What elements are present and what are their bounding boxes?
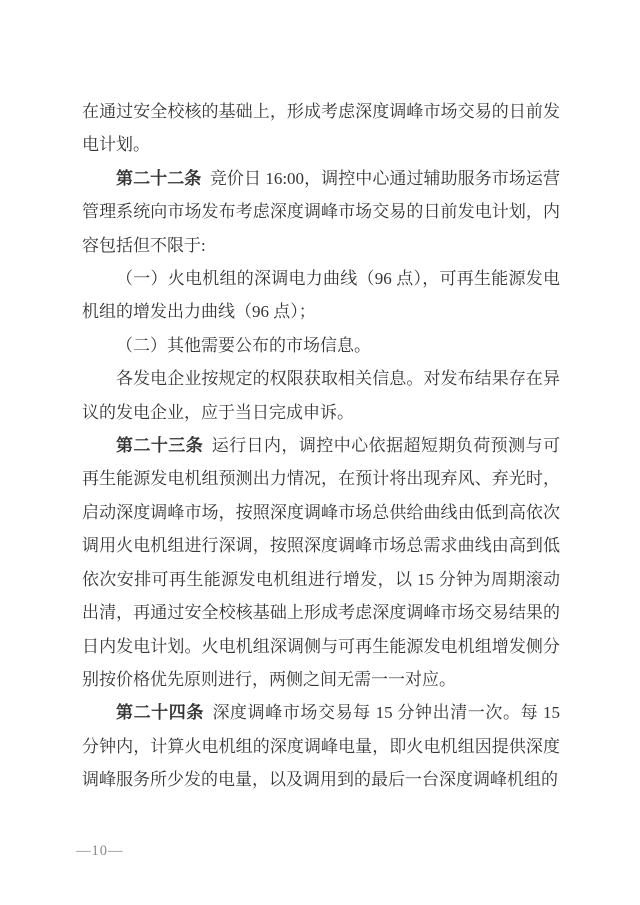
paragraph: 各发电企业按规定的权限获取相关信息。对发布结果存在异议的发电企业，应于当日完成申… [82,362,560,429]
paragraph-text: 运行日内，调控中心依据超短期负荷预测与可再生能源发电机组预测出力情况，在预计将出… [82,436,560,689]
paragraph: （二）其他需要公布的市场信息。 [82,329,560,362]
article-number: 第二十二条 [116,169,201,188]
paragraph: 第二十三条运行日内，调控中心依据超短期负荷预测与可再生能源发电机组预测出力情况，… [82,429,560,696]
paragraph: （一）火电机组的深调电力曲线（96 点），可再生能源发电机组的增发出力曲线（96… [82,262,560,329]
paragraph-text: （一）火电机组的深调电力曲线（96 点），可再生能源发电机组的增发出力曲线（96… [82,269,560,321]
paragraph: 在通过安全校核的基础上，形成考虑深度调峰市场交易的日前发电计划。 [82,95,560,162]
page-number: —10— [76,843,124,860]
paragraph-text: （二）其他需要公布的市场信息。 [116,336,371,355]
paragraph-text: 在通过安全校核的基础上，形成考虑深度调峰市场交易的日前发电计划。 [82,102,560,154]
scanned-document-page: 在通过安全校核的基础上，形成考虑深度调峰市场交易的日前发电计划。第二十二条竞价日… [0,0,640,905]
article-number: 第二十三条 [116,436,203,455]
paragraph: 第二十二条竞价日 16:00，调控中心通过辅助服务市场运营管理系统向市场发布考虑… [82,162,560,262]
document-text: 在通过安全校核的基础上，形成考虑深度调峰市场交易的日前发电计划。第二十二条竞价日… [82,95,560,797]
paragraph: 第二十四条深度调峰市场交易每 15 分钟出清一次。每 15 分钟内，计算火电机组… [82,696,560,796]
paragraph-text: 各发电企业按规定的权限获取相关信息。对发布结果存在异议的发电企业，应于当日完成申… [82,369,560,421]
article-number: 第二十四条 [116,703,204,722]
